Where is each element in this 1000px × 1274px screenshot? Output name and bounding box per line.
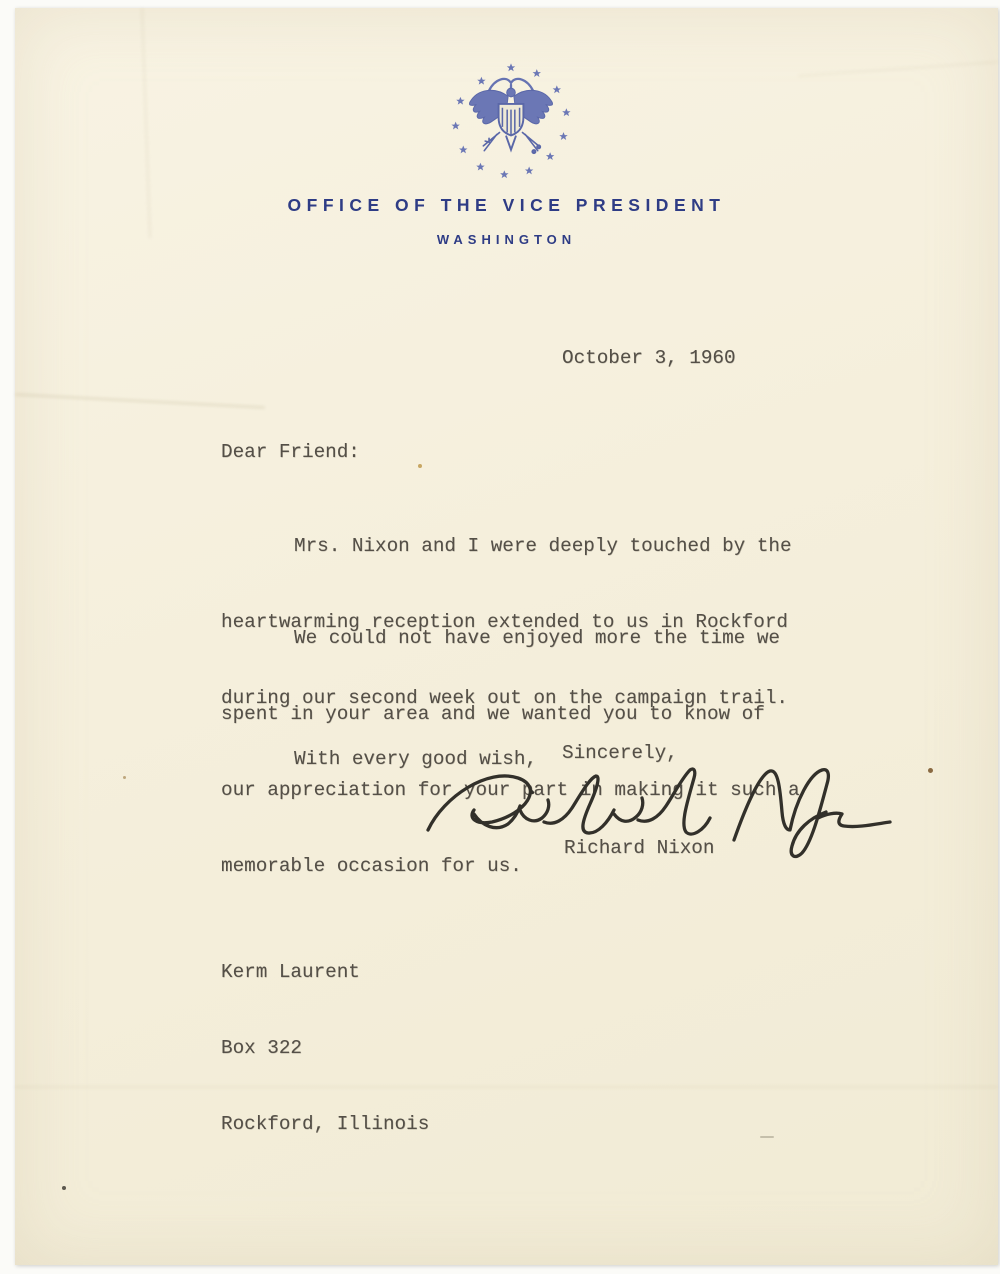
letter-paper: OFFICE OF THE VICE PRESIDENT WASHINGTON … bbox=[15, 8, 998, 1265]
paper-speck bbox=[928, 768, 933, 773]
paper-speck bbox=[418, 464, 422, 468]
paper-speck bbox=[760, 1136, 774, 1138]
paper-crease bbox=[15, 1086, 998, 1088]
recipient-box: Box 322 bbox=[221, 1036, 429, 1061]
scanned-letter-image: OFFICE OF THE VICE PRESIDENT WASHINGTON … bbox=[0, 0, 1000, 1274]
date-line: October 3, 1960 bbox=[562, 346, 736, 371]
recipient-address-block: Kerm Laurent Box 322 Rockford, Illinois bbox=[221, 909, 429, 1188]
paragraph-line: We could not have enjoyed more the time … bbox=[221, 626, 800, 651]
paper-speck bbox=[62, 1186, 66, 1190]
recipient-name: Kerm Laurent bbox=[221, 960, 429, 985]
typed-signature-name: Richard Nixon bbox=[564, 836, 714, 861]
paper-crease bbox=[15, 393, 265, 408]
letterhead-city-line: WASHINGTON bbox=[15, 232, 998, 247]
vice-president-seal-icon bbox=[439, 60, 583, 186]
salutation: Dear Friend: bbox=[221, 440, 360, 465]
paper-speck bbox=[123, 776, 126, 779]
recipient-city: Rockford, Illinois bbox=[221, 1112, 429, 1137]
paper-crease bbox=[798, 61, 998, 77]
paragraph-line: Mrs. Nixon and I were deeply touched by … bbox=[221, 534, 792, 559]
letterhead-office-line: OFFICE OF THE VICE PRESIDENT bbox=[15, 195, 998, 216]
